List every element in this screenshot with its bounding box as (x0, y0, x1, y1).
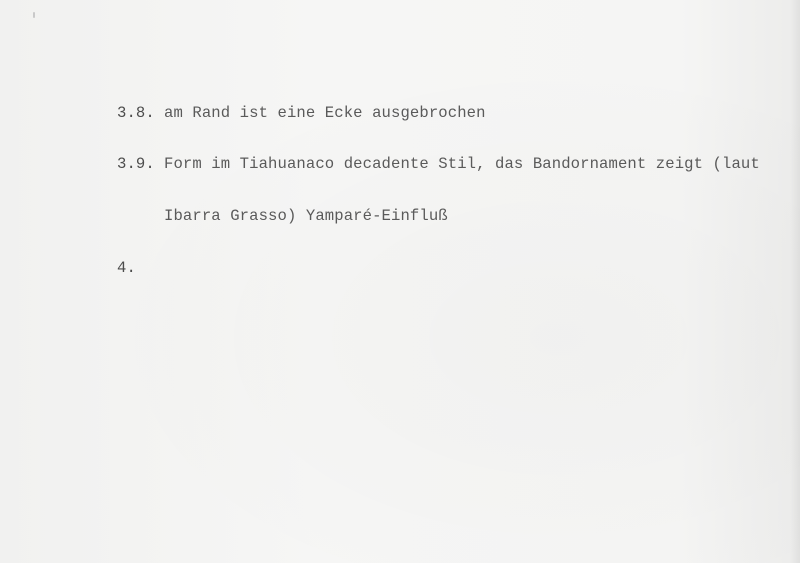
paper-edge-shadow (790, 0, 800, 563)
corner-mark (33, 12, 35, 18)
entry-number: 4. (117, 260, 164, 277)
entry-3-9: 3.9. Form im Tiahuanaco decadente Stil, … (117, 156, 760, 173)
entry-3-8: 3.8. am Rand ist eine Ecke ausgebrochen (117, 105, 760, 122)
entry-4: 4. (117, 260, 760, 277)
entry-number: 3.9. (117, 156, 164, 173)
typed-text-block: 3.8. am Rand ist eine Ecke ausgebrochen … (117, 70, 760, 312)
entry-number: 3.8. (117, 105, 164, 122)
entry-text: am Rand ist eine Ecke ausgebrochen (164, 105, 486, 122)
entry-3-9-continuation: Ibarra Grasso) Yamparé-Einfluß (117, 208, 760, 225)
document-page: 3.8. am Rand ist eine Ecke ausgebrochen … (0, 0, 800, 563)
entry-text: Form im Tiahuanaco decadente Stil, das B… (164, 156, 760, 173)
